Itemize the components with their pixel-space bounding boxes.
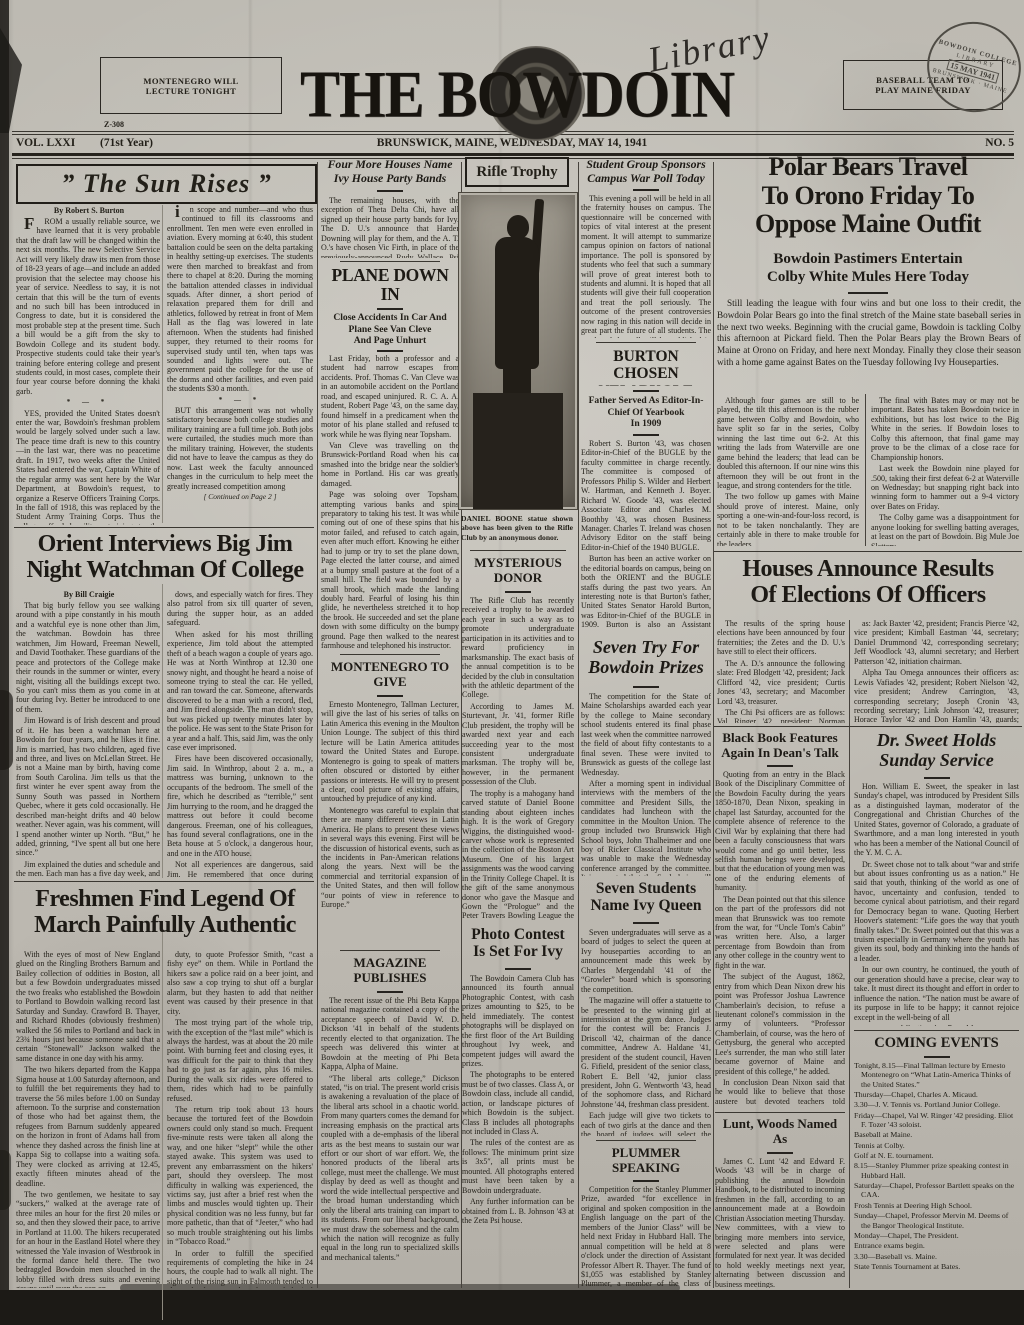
rule (714, 726, 1022, 727)
paragraph: The most trying part of the whole trip, … (167, 1018, 313, 1103)
rule (854, 1030, 1019, 1031)
paragraph: In our own country, he continued, the yo… (854, 965, 1019, 1022)
paragraph: The subject of the August, 1862, entry f… (715, 972, 845, 1076)
column-rule (865, 394, 866, 546)
rule (14, 527, 314, 528)
paragraph: [ Continued on Page 2 ] (167, 493, 313, 502)
magazine-headline: MAGAZINE PUBLISHES SPEECH BY DICKSON (321, 956, 459, 988)
photo-contest-body: The Bowdoin Camera Club has announced it… (462, 974, 574, 1288)
paragraph: 3.30—Baseball vs. Maine. (854, 1252, 1019, 1261)
paragraph: James C. Lunt '42 and Edward F. Woods '4… (715, 1157, 845, 1288)
freshmen-column-1: With the eyes of most of New England glu… (16, 950, 160, 1288)
decorative-rule (581, 1178, 711, 1184)
dr-sweet-body: Hon. William E. Sweet, the speaker in la… (854, 782, 1019, 1026)
paragraph: Thursday—Chapel, Charles A. Micaud. (854, 1090, 1019, 1099)
coming-events-headline: COMING EVENTS (854, 1035, 1019, 1053)
magazine-body: The recent issue of the Phi Beta Kappa n… (321, 996, 459, 1288)
black-book-body: Quoting from an entry in the Black Book … (715, 770, 845, 1106)
scan-band-bottom (0, 1290, 1024, 1325)
paragraph: Ernesto Montenegro, Tallman Lecturer, wi… (321, 700, 459, 804)
statue-head (507, 215, 529, 239)
paragraph: The remaining houses, with the exception… (321, 196, 459, 258)
statue-legs (503, 363, 531, 397)
sun-rises-title: ” The Sun Rises ” (61, 169, 272, 199)
paragraph: dows, and especially watch for fires. Th… (167, 590, 313, 628)
scan-wedge-topleft (0, 28, 22, 133)
paragraph: The Dean pointed out that this silence o… (715, 895, 845, 971)
scan-edge-left (0, 0, 9, 1325)
decorative-rule (854, 1054, 1019, 1060)
paragraph: Fires have been discovered occasionally,… (167, 754, 313, 858)
big-jim-column-1: That big burly fellow you see walking ar… (16, 601, 160, 878)
decorative-rule (462, 589, 574, 595)
four-houses-headline: Four More Houses Name Ivy House Party Ba… (321, 158, 459, 186)
rule (714, 551, 1022, 552)
paragraph: In order to fulfill the specified requir… (167, 1249, 313, 1288)
paragraph: The magazine will offer a statuette to b… (581, 996, 711, 1109)
plane-down-subhead: Close Accidents In Car And Plane See Van… (321, 312, 459, 348)
statue-pedestal (473, 393, 563, 509)
paragraph: The Colby game was a disappointment for … (871, 513, 1019, 546)
paragraph: State Tennis Tournament at Bates. (854, 1262, 1019, 1271)
paragraph: The rules of the contest are as follows:… (462, 1138, 574, 1195)
seven-try-body: The competition for the State of Maine S… (581, 692, 711, 876)
paragraph: The Chi Psi officers are as follows: Val… (717, 708, 845, 723)
rule (596, 1140, 696, 1141)
polar-bears-headline: Polar Bears Travel To Orono Friday To Op… (714, 153, 1022, 243)
paragraph: Although four games are still to be play… (717, 396, 859, 490)
photo-caption: DANIEL BOONE statue shown above has been… (461, 514, 573, 546)
paragraph: The competition for the State of Maine S… (581, 692, 711, 777)
paragraph: Dr. Sweet chose not to talk about “war a… (854, 860, 1019, 964)
rifle-trophy-box: Rifle Trophy (465, 157, 569, 187)
burton-subhead: Father Served As Editor-In- Chief Of Yea… (581, 395, 711, 431)
paragraph: Monday—Chapel, The President. (854, 1231, 1019, 1240)
lunt-woods-body: James C. Lunt '42 and Edward F. Woods '4… (715, 1157, 845, 1288)
column-rule (317, 162, 318, 1288)
paragraph: Quoting from an entry in the Black Book … (715, 770, 845, 893)
column-rule (713, 162, 714, 1288)
rule (715, 1112, 845, 1113)
paragraph: Alpha Tau Omega announces their officers… (854, 668, 1019, 723)
big-jim-column-2: dows, and especially watch for fires. Th… (167, 590, 313, 878)
decorative-rule (321, 989, 459, 995)
decorative-rule (581, 388, 711, 394)
paragraph: This evening a poll will be held in all … (581, 194, 711, 338)
rule (340, 261, 440, 262)
paragraph: Burton has been an active worker on the … (581, 554, 711, 631)
war-poll-body: This evening a poll will be held in all … (581, 194, 711, 338)
big-jim-headline: Orient Interviews Big Jim Night Watchman… (14, 531, 316, 587)
paragraph: The recent issue of the Phi Beta Kappa n… (321, 996, 459, 1072)
war-poll-headline: Student Group Sponsors Campus War Poll T… (581, 158, 711, 186)
decorative-rule (581, 187, 711, 193)
decorative-rule (714, 290, 1022, 296)
freshmen-column-2: duty, to quote Professor Smith, “cast a … (167, 950, 313, 1288)
paragraph: 8.15—Stanley Plummer prize speaking cont… (854, 1161, 1019, 1180)
paragraph: The Bowdoin Camera Club has announced it… (462, 974, 574, 1068)
paragraph: In conclusion Dean Nixon said that he wo… (715, 1078, 845, 1106)
paragraph: YES, provided the United States doesn't … (16, 409, 160, 525)
polar-bears-column-1: Although four games are still to be play… (717, 396, 859, 546)
decorative-rule (581, 920, 711, 926)
paragraph: * — * (167, 396, 313, 404)
ivy-queen-body: Seven undergraduates will serve as a boa… (581, 928, 711, 1136)
paragraph: Friday—Chapel, Val W. Ringer '42 presidi… (854, 1111, 1019, 1130)
paragraph: Last Friday, both a professor and a stud… (321, 354, 459, 439)
rule (14, 881, 314, 882)
polar-bears-lede: Still leading the league with four wins … (717, 298, 1021, 390)
montenegro-body: Ernesto Montenegro, Tallman Lecturer, wi… (321, 700, 459, 944)
paragraph: According to James M. Sturtevant, Jr. '4… (462, 702, 574, 787)
column-rule (578, 162, 579, 1288)
paragraph: The results of the spring house election… (717, 619, 845, 657)
plane-down-headline: PLANE DOWN IN FORCED LANDING (321, 266, 459, 306)
paragraph: Last week the Bowdoin nine played for .5… (871, 464, 1019, 511)
paragraph: Any further information can be obtained … (462, 1197, 574, 1225)
volume-label: VOL. LXXI (16, 137, 106, 149)
photo-contest-headline: Photo Contest Is Set For Ivy (462, 926, 574, 964)
daniel-boone-statue-photo (458, 192, 578, 510)
montenegro-headline: MONTENEGRO TO GIVE FINAL TALK TONIGHT (321, 660, 459, 692)
paragraph: Sunday—Chapel, Professor Mervin M. Deems… (854, 1211, 1019, 1230)
paragraph: Tonight, 8.15—Final Tallman lecture by E… (854, 1061, 1019, 1089)
plane-down-body: Last Friday, both a professor and a stud… (321, 354, 459, 650)
paragraph: Page was soloing over Topsham, attemptin… (321, 490, 459, 650)
paragraph: Van Cleve was travelling on the Brunswic… (321, 441, 459, 488)
rule (340, 950, 440, 951)
paragraph: The Rifle Club has recently received a t… (462, 596, 574, 700)
column-rule (849, 620, 850, 1288)
column-rule-light (162, 584, 163, 878)
paragraph: “The liberal arts college,” Dickson stat… (321, 1074, 459, 1263)
paragraph: BUT this arrangement was not wholly sati… (167, 406, 313, 491)
paragraph: The photographs to be entered must be of… (462, 1070, 574, 1136)
sun-rises-column-1: FROM a usually reliable source, we have … (16, 217, 160, 525)
houses-column-1: The results of the spring house election… (717, 619, 845, 723)
houses-column-2: as: Jack Baxter '42, president; Francis … (854, 619, 1019, 723)
paragraph: The trophy is a mahogany hand carved sta… (462, 789, 574, 920)
left-ear-code: Z-308 (104, 120, 164, 129)
paragraph: Jim explained the duties and schedule an… (16, 860, 160, 878)
paragraph: Entrance exams begin. (854, 1241, 1019, 1250)
volume-year: (71st Year) (100, 137, 190, 149)
paragraph: as: Jack Baxter '42, president; Francis … (854, 619, 1019, 666)
scan-edge-left-blob (0, 690, 13, 770)
paragraph: Golf at N. E. tournament. (854, 1151, 1019, 1160)
rule (470, 550, 566, 551)
rule (340, 654, 440, 655)
paragraph: Not all experiences are dangerous, said … (167, 860, 313, 878)
mysterious-donor-body: The Rifle Club has recently received a t… (462, 596, 574, 920)
decorative-rule (715, 763, 845, 769)
freshmen-headline: Freshmen Find Legend Of March Painfully … (14, 886, 316, 944)
burton-body: Robert S. Burton '43, was chosen Editor-… (581, 439, 711, 631)
decorative-rule (581, 432, 711, 438)
paragraph: Frosh Tennis at Deering High School. (854, 1201, 1019, 1210)
paragraph: Saturday—Chapel, Professor Bartlett spea… (854, 1181, 1019, 1200)
decorative-rule (321, 693, 459, 699)
paragraph: duty, to quote Professor Smith, “cast a … (167, 950, 313, 1016)
column-rule-light (162, 205, 163, 523)
decorative-rule (854, 775, 1019, 781)
paragraph: Hon. William E. Sweet, the speaker in la… (854, 782, 1019, 858)
paragraph: Tennis at Colby. (854, 1141, 1019, 1150)
four-houses-body: The remaining houses, with the exception… (321, 196, 459, 258)
newspaper-page: MONTENEGRO WILL LECTURE TONIGHT Z-308 TH… (0, 0, 1024, 1325)
decorative-rule (321, 188, 459, 194)
paragraph: Seven undergraduates will serve as a boa… (581, 928, 711, 994)
scan-edge-left-blob2 (0, 1150, 11, 1210)
decorative-rule (715, 1150, 845, 1156)
paragraph: Montenegro was careful to explain that t… (321, 806, 459, 910)
paragraph: The two follow up games with Maine shoul… (717, 492, 859, 546)
big-jim-byline: By Bill Craigie (16, 590, 162, 599)
seven-try-headline: Seven Try For Bowdoin Prizes (581, 637, 711, 681)
paragraph: Robert S. Burton '43, was chosen Editor-… (581, 439, 711, 552)
paragraph: Jim Howard is of Irish descent and proud… (16, 716, 160, 858)
coming-events-list: Tonight, 8.15—Final Tallman lecture by E… (854, 1061, 1019, 1288)
burton-headline: BURTON CHOSEN NEW BUGLE HEAD (581, 348, 711, 386)
paragraph: 3.30—J. V. Tennis vs. Portland Junior Co… (854, 1100, 1019, 1109)
rule (596, 342, 696, 343)
paragraph: * — * (16, 398, 160, 406)
black-book-headline: Black Book Features Again In Dean's Talk (715, 731, 845, 763)
ivy-queen-headline: Seven Students Name Ivy Queen (581, 880, 711, 918)
paragraph: With the eyes of most of New England glu… (16, 950, 160, 1063)
paragraph: That big burly fellow you see walking ar… (16, 601, 160, 714)
paragraph: The two gentlemen, we hesitate to say “s… (16, 1190, 160, 1288)
paragraph: Competition for the Stanley Plummer Priz… (581, 1185, 711, 1287)
paragraph: Each judge will give two tickets to each… (581, 1111, 711, 1136)
paragraph: FROM a usually reliable source, we have … (16, 217, 160, 396)
paragraph: The final with Bates may or may not be i… (871, 396, 1019, 462)
polar-bears-column-2: The final with Bates may or may not be i… (871, 396, 1019, 546)
decorative-rule (462, 966, 574, 972)
paragraph: When asked for his most thrilling experi… (167, 630, 313, 753)
decorative-rule (581, 684, 711, 690)
paragraph: in scope and number—and who thus continu… (167, 205, 313, 394)
sun-rises-byline: By Robert S. Burton (16, 206, 162, 215)
paragraph: The two hikers departed from the Kappa S… (16, 1065, 160, 1188)
sun-rises-title-box: ” The Sun Rises ” (16, 164, 317, 204)
paragraph: Baseball at Maine. (854, 1130, 1019, 1139)
paragraph: After a morning spent in individual inte… (581, 779, 711, 876)
mysterious-donor-headline: MYSTERIOUS DONOR GIVES RIFLE TROPHY (462, 556, 574, 588)
paragraph: [ Continued on Page 4 ] (854, 1024, 1019, 1026)
column-rule-light (162, 932, 163, 1320)
paragraph: The A. D.'s announce the following slate… (717, 659, 845, 706)
statue-body (495, 237, 539, 369)
polar-bears-subhead: Bowdoin Pastimers Entertain Colby White … (714, 250, 1022, 290)
sun-rises-column-2: in scope and number—and who thus continu… (167, 205, 313, 525)
plummer-headline: PLUMMER SPEAKING TO BE HELD FRIDAY (581, 1146, 711, 1178)
issue-number: NO. 5 (954, 137, 1014, 149)
houses-headline: Houses Announce Results Of Elections Of … (714, 556, 1022, 614)
lunt-woods-headline: Lunt, Woods Named As Handbook Publishers (715, 1117, 845, 1149)
paragraph: The return trip took about 13 hours beca… (167, 1105, 313, 1247)
plummer-body: Competition for the Stanley Plummer Priz… (581, 1185, 711, 1287)
dr-sweet-headline: Dr. Sweet Holds Sunday Service (854, 730, 1019, 774)
